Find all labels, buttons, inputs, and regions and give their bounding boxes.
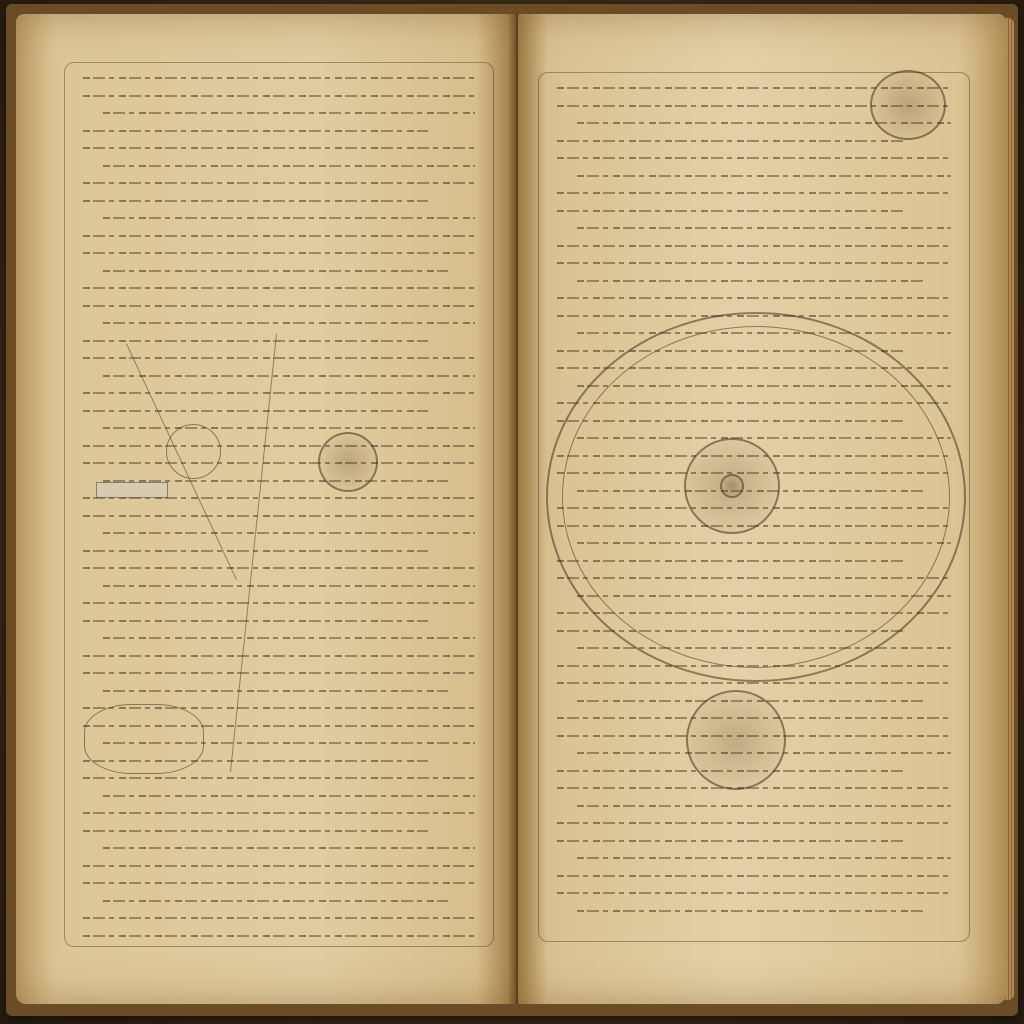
- rosette-center-dot: [720, 474, 744, 498]
- book: [6, 4, 1018, 1016]
- right-page: [518, 14, 1006, 1004]
- banner-label-illustration: [96, 482, 168, 498]
- seal-illustration: [870, 70, 946, 140]
- lower-medallion-illustration: [686, 690, 786, 790]
- sketch-vignette-illustration: [84, 704, 204, 774]
- left-page: [16, 14, 516, 1004]
- flower-medallion-illustration: [318, 432, 378, 492]
- vine-loop-illustration: [166, 424, 221, 479]
- left-text-block: [64, 62, 494, 947]
